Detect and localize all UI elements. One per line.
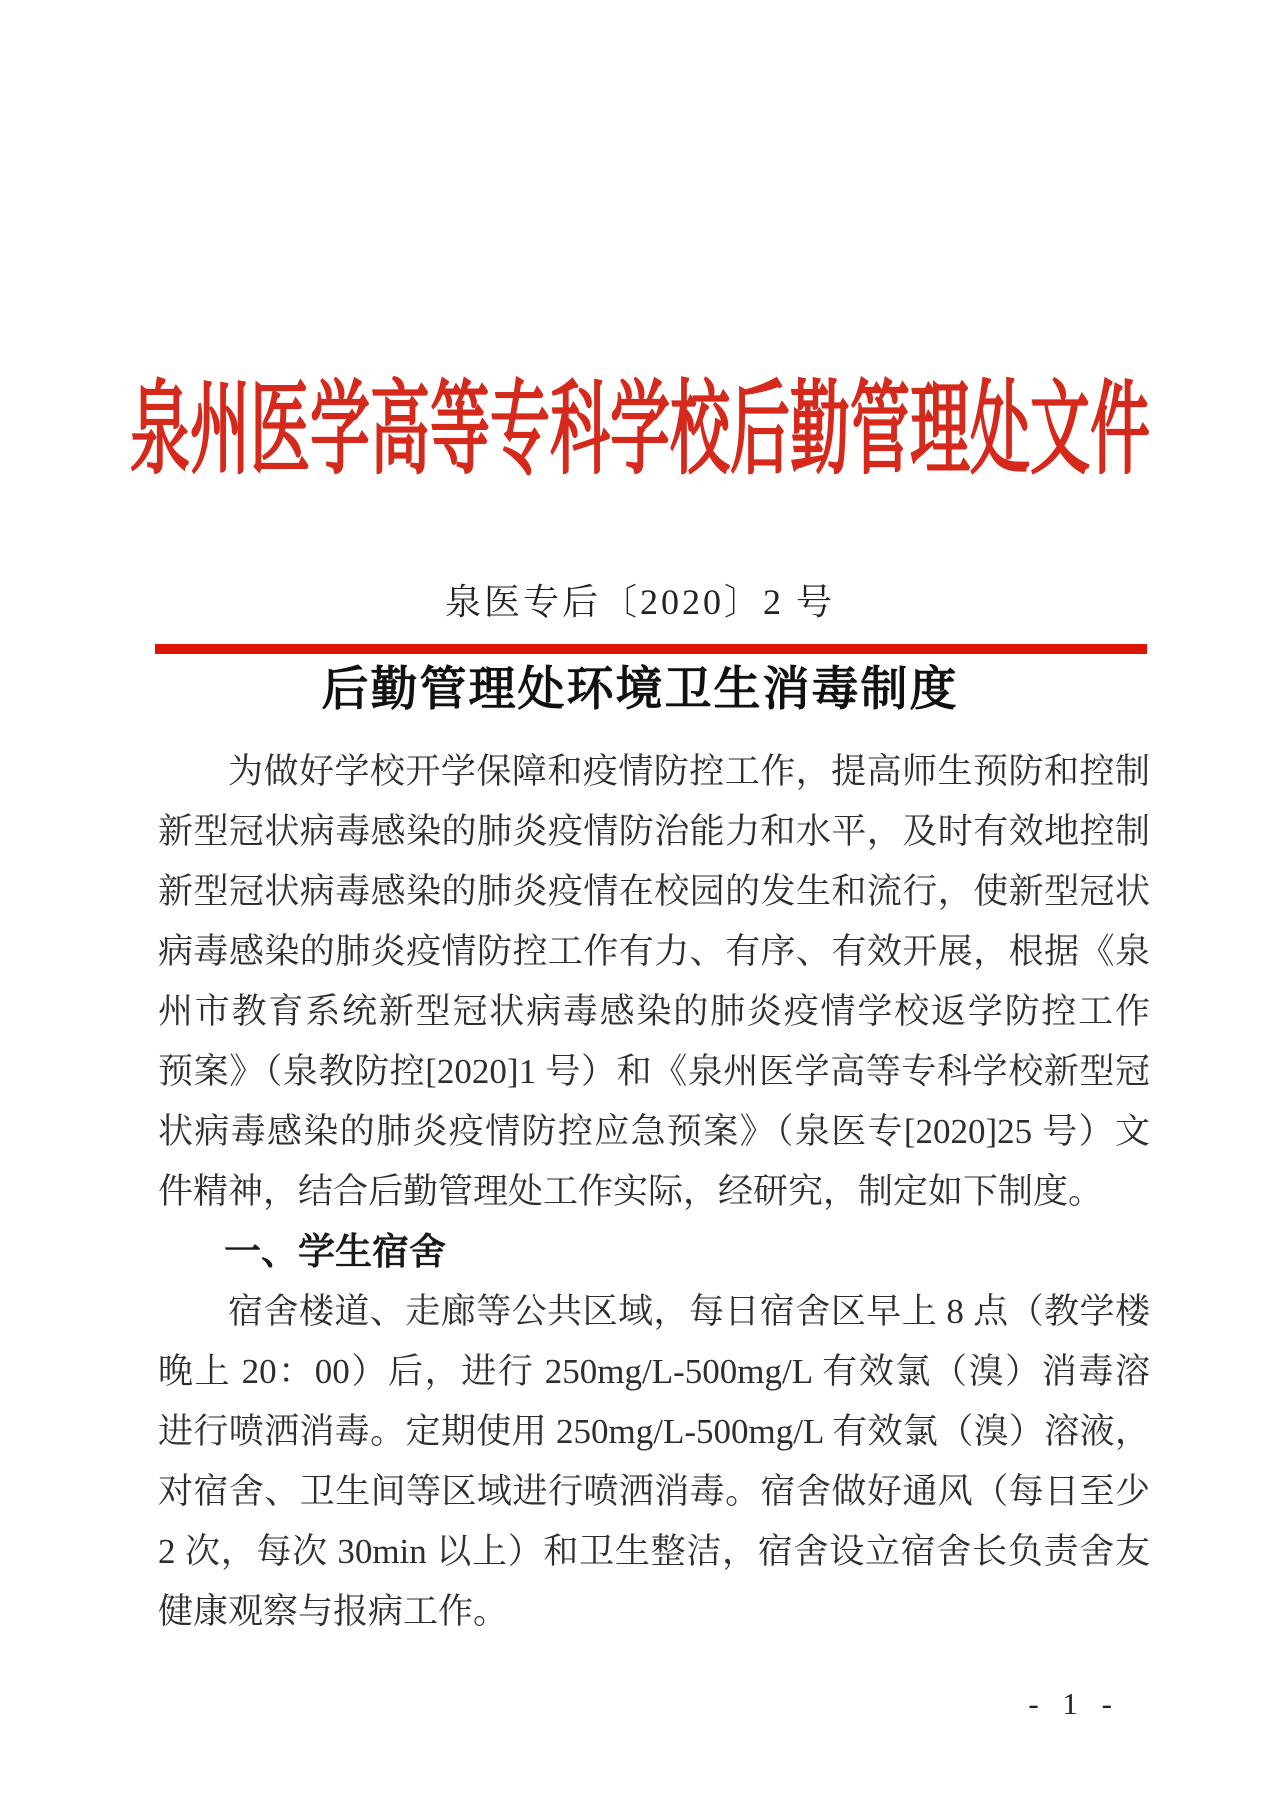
body-line: 新型冠状病毒感染的肺炎疫情在校园的发生和流行，使新型冠状 bbox=[158, 862, 1150, 922]
red-divider-rule bbox=[155, 644, 1147, 654]
page-number: - 1 - bbox=[1028, 1686, 1120, 1722]
body-line: 状病毒感染的肺炎疫情防控应急预案》（泉医专[2020]25 号）文 bbox=[158, 1102, 1150, 1162]
body-line: 晚上 20：00）后，进行 250mg/L-500mg/L 有效氯（溴）消毒溶液 bbox=[158, 1342, 1150, 1402]
document-body: 为做好学校开学保障和疫情防控工作，提高师生预防和控制 新型冠状病毒感染的肺炎疫情… bbox=[158, 742, 1150, 1642]
body-line: 新型冠状病毒感染的肺炎疫情防治能力和水平，及时有效地控制 bbox=[158, 802, 1150, 862]
body-line: 健康观察与报病工作。 bbox=[158, 1582, 1150, 1642]
letterhead-title: 泉州医学高等专科学校后勤管理处文件 bbox=[0, 378, 1280, 483]
body-line: 预案》（泉教防控[2020]1 号）和《泉州医学高等专科学校新型冠 bbox=[158, 1042, 1150, 1102]
document-reference-number: 泉医专后〔2020〕2 号 bbox=[0, 574, 1280, 625]
body-line: 对宿舍、卫生间等区域进行喷洒消毒。宿舍做好通风（每日至少 bbox=[158, 1462, 1150, 1522]
body-line: 病毒感染的肺炎疫情防控工作有力、有序、有效开展，根据《泉 bbox=[158, 922, 1150, 982]
document-page: 泉州医学高等专科学校后勤管理处文件 泉医专后〔2020〕2 号 后勤管理处环境卫… bbox=[0, 0, 1280, 1811]
body-line: 为做好学校开学保障和疫情防控工作，提高师生预防和控制 bbox=[158, 742, 1150, 802]
body-line: 进行喷洒消毒。定期使用 250mg/L-500mg/L 有效氯（溴）溶液， bbox=[158, 1402, 1150, 1462]
body-line: 宿舍楼道、走廊等公共区域，每日宿舍区早上 8 点（教学楼 bbox=[158, 1282, 1150, 1342]
body-line: 件精神，结合后勤管理处工作实际，经研究，制定如下制度。 bbox=[158, 1162, 1150, 1222]
body-line: 州市教育系统新型冠状病毒感染的肺炎疫情学校返学防控工作 bbox=[158, 982, 1150, 1042]
body-line: 2 次，每次 30min 以上）和卫生整洁，宿舍设立宿舍长负责舍友 bbox=[158, 1522, 1150, 1582]
document-title: 后勤管理处环境卫生消毒制度 bbox=[0, 662, 1280, 718]
section-heading-student-dorm: 一、学生宿舍 bbox=[158, 1222, 1150, 1282]
